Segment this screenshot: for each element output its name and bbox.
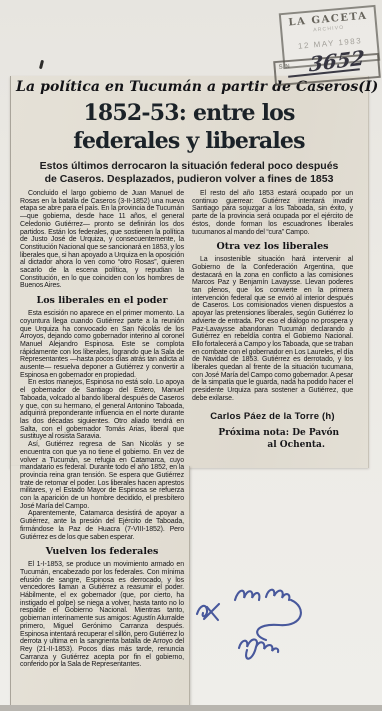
ink-speck [39, 60, 44, 69]
stamp-sn-label: S/N [278, 64, 290, 71]
article-subtitle-line2: de Caseros. Desplazados, pudieron volver… [22, 173, 356, 186]
body-paragraph: En estos manejos, Espinosa no está solo.… [20, 379, 184, 441]
section-heading: Otra vez los liberales [192, 241, 353, 252]
article-column-1: Concluido el largo gobierno de Juan Manu… [20, 190, 184, 669]
next-note: Próxima nota: De Pavón al Ochenta. [192, 427, 353, 451]
article-title-line2: federales y liberales [14, 127, 364, 155]
section-heading: Los liberales en el poder [20, 295, 184, 306]
body-paragraph: Concluido el largo gobierno de Juan Manu… [20, 190, 184, 290]
article-subtitle-line1: Estos últimos derrocaron la situación fe… [22, 160, 356, 173]
body-paragraph: Esta escisión no aparece en el primer mo… [20, 310, 184, 379]
handwritten-signature-scribble [183, 578, 333, 673]
scan-bottom-edge [0, 705, 382, 711]
byline: Carlos Páez de la Torre (h) [192, 411, 353, 423]
article-title: 1852-53: entre los federales y liberales [14, 99, 364, 155]
body-paragraph: La insostenible situación hará interveni… [192, 256, 353, 402]
next-note-line2: al Ochenta. [192, 439, 353, 451]
article-column-2: El resto del año 1853 estará ocupado por… [192, 190, 353, 451]
article-subtitle: Estos últimos derrocaron la situación fe… [22, 160, 356, 185]
article-column-2-flow: El resto del año 1853 estará ocupado por… [192, 190, 353, 403]
next-note-line1: Próxima nota: De Pavón [192, 427, 353, 439]
section-heading: Vuelven los federales [20, 546, 184, 557]
body-paragraph: Aparentemente, Catamarca desistirá de ap… [20, 510, 184, 541]
body-paragraph: Así, Gutiérrez regresa de San Nicolás y … [20, 441, 184, 510]
article-title-line1: 1852-53: entre los [14, 99, 364, 127]
body-paragraph: El 1-I-1853, se produce un movimiento ar… [20, 561, 184, 669]
body-paragraph: El resto del año 1853 estará ocupado por… [192, 190, 353, 236]
